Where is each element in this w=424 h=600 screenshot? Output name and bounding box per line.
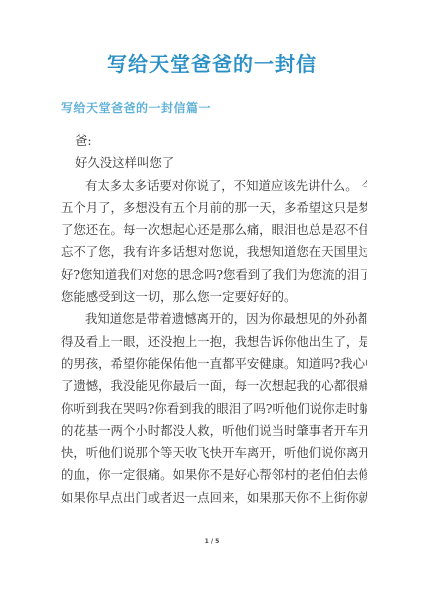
- text-line: 了遗憾，我没能见你最后一面，每一次想起我的心都很痛很痛，: [61, 375, 367, 397]
- paragraph-2: 我知道您是带着遗憾离开的，因为你最想见的外孙都还没来 得及看上一眼，还没抱上一抱…: [61, 308, 367, 509]
- text-line: 得及看上一眼，还没抱上一抱，我想告诉你他出生了，是你期盼: [61, 331, 367, 353]
- text-line: 好?您知道我们对您的思念吗?您看到了我们为您流的泪了吗? 如果: [61, 264, 367, 286]
- text-line: 快，听他们说那个等天收飞快开车离开，听他们说你离开时满 身: [61, 442, 367, 464]
- letter-body: 爸: 好久没这样叫您了 有太多太多话要对你说了，不知道应该先讲什么。 今天刚 好…: [61, 130, 367, 509]
- text-line: 的男孩，希望你能保佑他一直都平安健康。知道吗?我心中也充 满: [61, 353, 367, 375]
- text-line: 如果你早点出门或者迟一点回来，如果那天你不上街你就不 用遇: [61, 487, 367, 509]
- document-page: 写给天堂爸爸的一封信 写给天堂爸爸的一封信篇一 爸: 好久没这样叫您了 有太多太…: [0, 0, 424, 600]
- salutation: 爸:: [61, 130, 367, 152]
- section-heading: 写给天堂爸爸的一封信篇一: [61, 99, 211, 116]
- text-line: 您能感受到这一切，那么您一定要好好的。: [61, 286, 367, 308]
- text-line: 的血，你一定很痛。如果你不是好心帮邻村的老伯伯去修收音 机，: [61, 464, 367, 486]
- text-line: 了您还在。每一次想起心还是那么痛，眼泪也总是忍不住，时 刻: [61, 219, 367, 241]
- opening-line: 好久没这样叫您了: [61, 152, 367, 174]
- text-line: 忘不了您，我有许多话想对您说，我想知道您在天国里过得好 不: [61, 241, 367, 263]
- text-line: 的花基一两个小时都没人救，听他们说当时肇事者开车开得十 分: [61, 420, 367, 442]
- text-line: 五个月了，多想没有五个月前的那一天，多希望这只是梦，梦 醒: [61, 197, 367, 219]
- paragraph-1: 有太多太多话要对你说了，不知道应该先讲什么。 今天刚 好 五个月了，多想没有五个…: [61, 175, 367, 309]
- document-title: 写给天堂爸爸的一封信: [0, 48, 424, 77]
- page-number: 1 / 5: [0, 538, 424, 545]
- text-line: 我知道您是带着遗憾离开的，因为你最想见的外孙都还没来: [61, 308, 367, 330]
- text-line: 你听到我在哭吗?你看到我的眼泪了吗?听他们说你走时躺在公 路: [61, 398, 367, 420]
- text-line: 有太多太多话要对你说了，不知道应该先讲什么。 今天刚 好: [61, 175, 367, 197]
